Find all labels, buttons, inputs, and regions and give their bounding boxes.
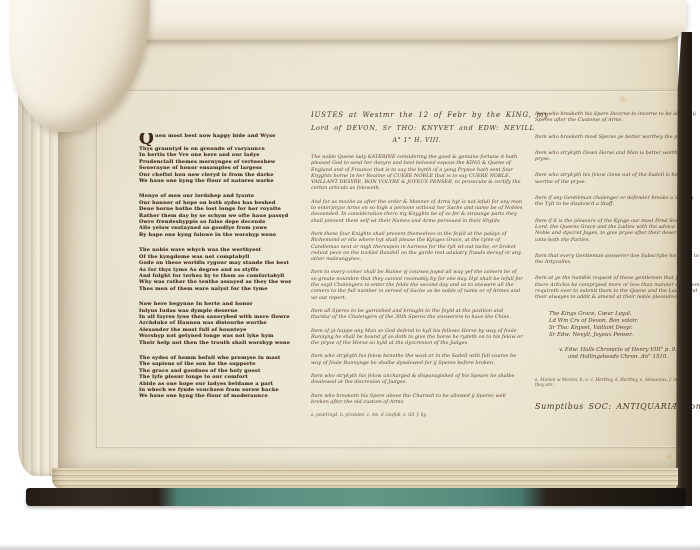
poem-stanza: The noble wave whych was the worthyestOf… <box>139 247 291 292</box>
poem-line: We haue one kyng the flour of natures wa… <box>139 178 291 184</box>
center-column: IUSTES at Westmr the 12 of Febr by the K… <box>311 111 523 418</box>
reference-line-2: and Hollingsheads Chron. An° 1510. <box>535 354 700 361</box>
poem-stanza: Now here begynne In herte and honorIulyu… <box>139 301 291 346</box>
article-paragraph: Item who strykyth his felow benethe the … <box>311 353 523 366</box>
reference-line-1: v. Edw: Halls Chronicle of Henry VIII° p… <box>535 347 700 354</box>
article-paragraph: Item to every comer shall be Runne vj co… <box>311 269 523 300</box>
plate-title-line-3: A° 1° H. VIII. <box>311 137 523 144</box>
right-cover-board-edge <box>676 32 692 506</box>
article-paragraph: Item all Speres to be garnished and brou… <box>311 308 523 321</box>
poem-line: Thes men of them ware nalyst for the tym… <box>139 286 291 292</box>
article-paragraph: Item who breaketh his Spere above the Ch… <box>311 393 523 406</box>
imprint-line: Sumptibus SOC: ANTIQUARIÆ Lond: A.D.1726… <box>535 402 700 411</box>
poem-line: Why was rather the tenthe assayed as the… <box>139 279 291 285</box>
right-footnote: a. Morien w Morion, b. u. c. Herthey, d.… <box>535 377 700 388</box>
right-paragraphs: Item who breaketh his Spere Incorne to i… <box>535 111 700 301</box>
poem-stanza: The sydes of hemm befall who promyse in … <box>139 355 291 400</box>
article-paragraph: And for as moche as after the order & Ma… <box>311 199 523 224</box>
article-paragraph: Item if it is the pleasure of the Kynge … <box>535 218 700 243</box>
poem-column: Quen most best now happy bide and WyseTh… <box>139 133 291 409</box>
article-paragraph: Item who strykyth Down Horse and Man is … <box>535 150 700 163</box>
article-paragraph: Item these four Knights shall present th… <box>311 231 523 262</box>
center-footnote: a. pourtrayd, b. provided, c. me, d. law… <box>311 412 523 417</box>
article-paragraph: Item if any Gentleman chalenger or defen… <box>535 195 700 208</box>
article-paragraph: Item who breaketh his Spere Incorne to i… <box>535 111 700 124</box>
article-paragraph: Item at ye the humble request of these g… <box>535 275 700 300</box>
photo-scene: Quen most best now happy bide and WyseTh… <box>0 0 700 550</box>
article-paragraph: Item who breaketh most Speres ye better … <box>535 134 700 140</box>
bottom-page-edges <box>52 468 678 489</box>
poem-line: We haue one kyng the flour of moderaunce <box>139 393 291 399</box>
foxing-stain <box>666 454 673 460</box>
poem-line: Deue borne bothe the lost longe for her … <box>139 206 291 212</box>
poem-line: Gode on these worldis rygour may stande … <box>139 260 291 266</box>
poem-line: Worshyp not getyned longe was not lyke h… <box>139 333 291 339</box>
poem-line: Their help not then the trouth shall wor… <box>139 340 291 346</box>
poem-stanza: Quen most best now happy bide and WyseTh… <box>139 133 291 184</box>
plate-title-line-1: IUSTES at Westmr the 12 of Febr by the K… <box>311 111 523 119</box>
open-book: Quen most best now happy bide and WyseTh… <box>0 0 700 550</box>
table-edge-shadow <box>0 544 700 550</box>
article-paragraph: Item of yt happe any Man so God defend t… <box>311 328 523 347</box>
right-column: Item who breaketh his Spere Incorne to i… <box>535 111 700 411</box>
article-paragraph: Item that every Gentleman answerer doe S… <box>535 253 700 266</box>
article-paragraph: The noble Quene lady KATERINE considerin… <box>311 154 523 192</box>
poem-stanza: Menye of men our lordshep and lyauteOur … <box>139 193 291 238</box>
poem-line: By hape one kyng folowe in the worshyp w… <box>139 232 291 238</box>
article-paragraph: Item who strykyth his felow clene out of… <box>535 172 700 185</box>
article-paragraph: Item who strykyth his felow uncharged & … <box>311 373 523 386</box>
center-paragraphs: The noble Quene lady KATERINE considerin… <box>311 154 523 405</box>
engraved-plate-page: Quen most best now happy bide and WyseTh… <box>58 36 678 470</box>
poem-line: Quen most best now happy bide and Wyse <box>139 133 291 146</box>
lower-cover-board <box>26 488 686 506</box>
plate-mark: Quen most best now happy bide and WyseTh… <box>96 90 683 448</box>
plate-title-line-2: Lord of DEVON, Sr THO: KNYVET and EDW: N… <box>311 124 523 132</box>
